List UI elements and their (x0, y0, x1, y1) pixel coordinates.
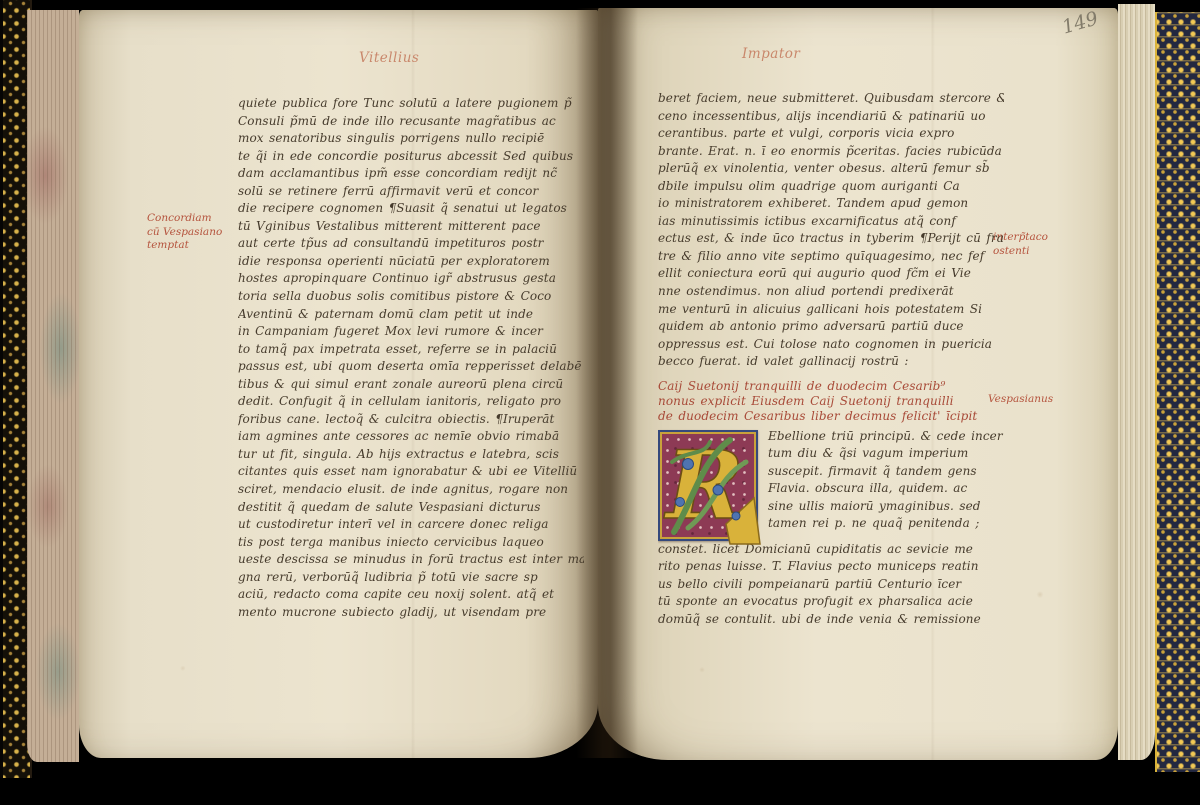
text-line: Consuli p̃mū de inde illo recusante magr… (238, 113, 584, 131)
text-line: quiete publica fore Tunc solutū a latere… (238, 95, 584, 113)
right-page: Impator interp̃tacoostenti Vespasianus b… (598, 8, 1118, 760)
text-line: hostes apropinquare Continuo igr̃ abstru… (238, 270, 584, 288)
text-line: solū se retinere ferrū affirmavit verū e… (238, 183, 584, 201)
text-line: aut certe tp̃us ad consultandū impetitur… (238, 235, 584, 253)
text-line: rito penas luisse. T. Flavius pecto muni… (658, 558, 1004, 576)
text-line: dam acclamantibus ipm̃ esse concordiam r… (238, 165, 584, 183)
text-line: becco fuerat. id valet gallinacij rostrū… (658, 353, 1004, 371)
text-line: sciret, mendacio elusit. de inde agnitus… (238, 481, 584, 499)
initial-R-artwork: R (660, 432, 756, 550)
painted-fore-edge-left (27, 10, 79, 762)
text-line: nne ostendimus. non aliud portendi predi… (658, 283, 1004, 301)
text-line: gna rerū, verborūq̃ ludibria p̃ totū vie… (238, 569, 584, 587)
text-line: oppressus est. Cui tolose nato cognomen … (658, 336, 1004, 354)
text-line: toria sella duobus solis comitibus pisto… (238, 288, 584, 306)
manuscript-book: Vitellius Concordiamcū Vespasianotemptat… (0, 0, 1200, 805)
vespasian-full-lines: constet. licet Domicianū cupiditatis ac … (658, 541, 1004, 629)
text-line: tur ut fit, singula. Ab hijs extractus e… (238, 446, 584, 464)
text-line: aciū, redacto coma capite ceu noxij sole… (238, 586, 584, 604)
left-page: Vitellius Concordiamcū Vespasianotemptat… (79, 10, 598, 758)
text-line: Caij Suetonij tranquilli de duodecim Ces… (658, 379, 1004, 394)
text-line: to tamq̃ pax impetrata esset, referre se… (238, 341, 584, 359)
text-line: destitit q̃ quedam de salute Vespasiani … (238, 499, 584, 517)
text-line: tre & filio anno vite septimo quīquagesi… (658, 248, 1004, 266)
text-line: ueste descissa se minudus in forū tractu… (238, 551, 584, 569)
vespasian-opening-paragraph: R Ebellione triū principū. & cede incert… (658, 428, 1004, 541)
text-line: citantes quis esset nam ignorabatur & ub… (238, 463, 584, 481)
text-line: foribus cane. lectoq̃ & culcitra obiecti… (238, 411, 584, 429)
text-line: Aventinū & paternam domū clam petit ut i… (238, 306, 584, 324)
text-line: in Campaniam fugeret Mox levi rumore & i… (238, 323, 584, 341)
text-line: dedit. Confugit q̃ in cellulam ianitoris… (238, 393, 584, 411)
page-stack-edge-right (1118, 4, 1155, 760)
explicit-incipit-rubric: Caij Suetonij tranquilli de duodecim Ces… (658, 379, 1004, 424)
text-line: domūq̃ se contulit. ubi de inde venia & … (658, 611, 1004, 629)
text-line: de duodecim Cesaribus liber decimus feli… (658, 409, 1004, 424)
text-line: temptat (147, 239, 222, 253)
text-line: beret faciem, neue submitteret. Quibusda… (658, 90, 1004, 108)
text-line: plerūq̃ ex vinolentia, venter obesus. al… (658, 160, 1004, 178)
text-line: ias minutissimis ictibus excarnificatus … (658, 213, 1004, 231)
text-line: tibus & qui simul erant zonale aureorū p… (238, 376, 584, 394)
text-line: quidem ab antonio primo adversarū partiū… (658, 318, 1004, 336)
illuminated-initial-R: R (658, 430, 758, 541)
text-line: me venturū in alicuius gallicani hois po… (658, 301, 1004, 319)
text-line: tū Vginibus Vestalibus mitterent mittere… (238, 218, 584, 236)
running-header-imperator: Impator (742, 46, 800, 62)
text-line: brante. Erat. n. ī eo enormis p̃ceritas.… (658, 143, 1004, 161)
text-line: mox senatoribus singulis porrigens nullo… (238, 130, 584, 148)
text-line: dbile impulsu olim quadrige quom aurigan… (658, 178, 1004, 196)
text-line: tū sponte an evocatus profugit ex pharsa… (658, 593, 1004, 611)
text-line: die recipere cognomen ¶Suasit q̃ senatui… (238, 200, 584, 218)
text-line: mento mucrone subiecto gladij, ut visend… (238, 604, 584, 622)
text-line: te q̃i in ede concordie positurus abcess… (238, 148, 584, 166)
running-header-vitellius: Vitellius (359, 50, 419, 66)
text-line: io ministratorem exhiberet. Tandem apud … (658, 195, 1004, 213)
margin-note-concordiam: Concordiamcū Vespasianotemptat (147, 212, 222, 253)
text-line: cerantibus. parte et vulgi, corporis vic… (658, 125, 1004, 143)
gilt-binding-edge-right (1155, 12, 1200, 772)
right-page-text-block: beret faciem, neue submitteret. Quibusda… (658, 90, 1004, 635)
vitellius-ending-lines: beret faciem, neue submitteret. Quibusda… (658, 90, 1004, 371)
left-page-text-block: quiete publica fore Tunc solutū a latere… (238, 95, 584, 625)
text-line: ellit coniectura eorū qui augurio quod f… (658, 265, 1004, 283)
text-line: us bello civili pompeianarū partiū Centu… (658, 576, 1004, 594)
text-line: ectus est, & inde ūco tractus in tyberim… (658, 230, 1004, 248)
text-line: nonus explicit Eiusdem Caij Suetonij tra… (658, 394, 1004, 409)
text-line: ut custodiretur interī vel in carcere do… (238, 516, 584, 534)
text-line: ceno incessentibus, alijs incendiariū & … (658, 108, 1004, 126)
text-line: Concordiam (147, 212, 222, 226)
text-line: iam agmines ante cessores ac nemīe obvio… (238, 428, 584, 446)
text-line: idie responsa operienti nūciatū per expl… (238, 253, 584, 271)
text-line: passus est, ubi quom deserta omīa repper… (238, 358, 584, 376)
text-line: tis post terga manibus iniecto cervicibu… (238, 534, 584, 552)
text-line: cū Vespasiano (147, 226, 222, 240)
